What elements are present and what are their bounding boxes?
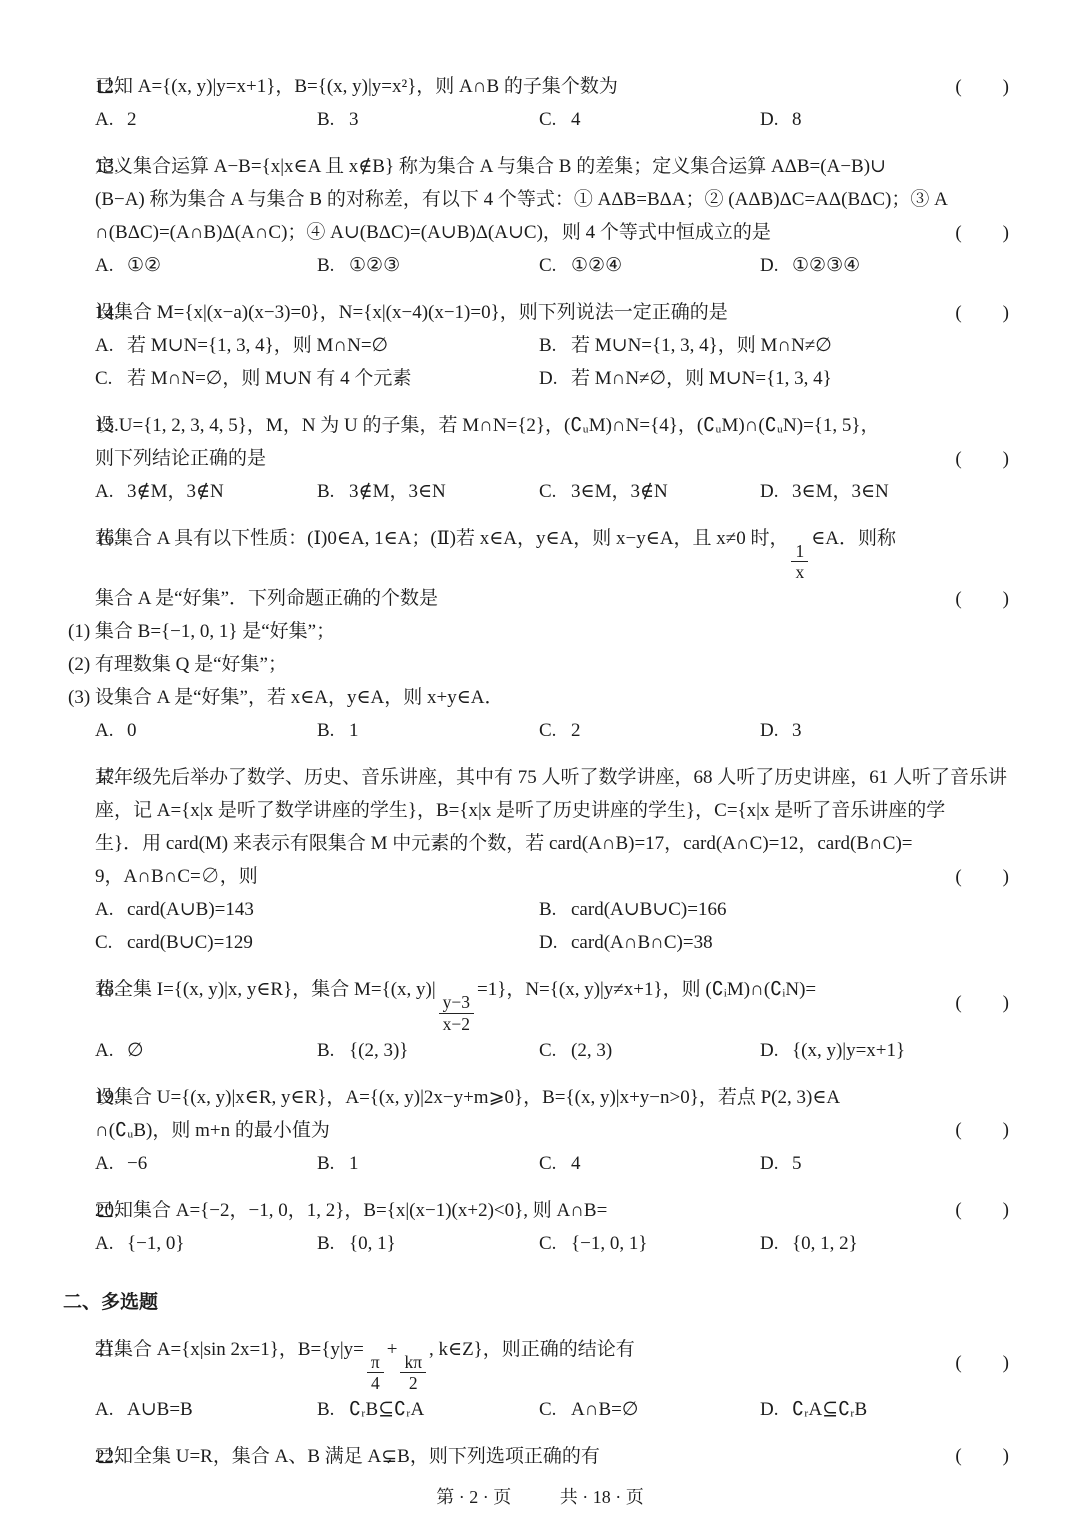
stem-line: 集合 A 是“好集”．下列命题正确的个数是( ) bbox=[95, 582, 1010, 615]
option-label: C. bbox=[539, 1227, 571, 1260]
options-group: A.3∉M，3∉NB.3∉M，3∈NC.3∈M，3∉ND.3∈M，3∈N bbox=[95, 475, 1010, 508]
option-item: D.∁ᵣA⊆∁ᵣB bbox=[760, 1393, 1010, 1426]
option-item: A.{−1, 0} bbox=[95, 1227, 317, 1260]
stem-text: 若集合 A 具有以下性质：(Ⅰ)0∈A, 1∈A；(Ⅱ)若 x∈A，y∈A，则 … bbox=[95, 528, 788, 549]
option-text: 5 bbox=[792, 1153, 802, 1174]
stem-text: (3) 设集合 A 是“好集”，若 x∈A，y∈A，则 x+y∈A． bbox=[68, 687, 504, 708]
option-item: A.−6 bbox=[95, 1147, 317, 1180]
option-item: C.4 bbox=[539, 1147, 760, 1180]
option-item: B.1 bbox=[317, 1147, 539, 1180]
option-text: (2, 3) bbox=[571, 1040, 612, 1061]
option-item: A.card(A∪B)=143 bbox=[95, 893, 539, 926]
answer-blank: ( ) bbox=[955, 1194, 1010, 1227]
question-19: 19.设集合 U={(x, y)|x∈R, y∈R}，A={(x, y)|2x−… bbox=[63, 1081, 1010, 1180]
question-12: 12.已知 A={(x, y)|y=x+1}，B={(x, y)|y=x²}，则… bbox=[63, 70, 1010, 136]
page-total: 共 · 18 · 页 bbox=[560, 1487, 644, 1507]
option-label: D. bbox=[760, 249, 792, 282]
option-text: {0, 1, 2} bbox=[792, 1233, 858, 1254]
options-group: A.①②B.①②③C.①②④D.①②③④ bbox=[95, 249, 1010, 282]
option-label: C. bbox=[539, 475, 571, 508]
option-text: −6 bbox=[127, 1153, 147, 1174]
option-text: ①②③ bbox=[349, 255, 400, 276]
question-20: 20.已知集合 A={−2，−1, 0，1, 2}，B={x|(x−1)(x+2… bbox=[63, 1194, 1010, 1260]
answer-blank: ( ) bbox=[955, 1440, 1010, 1473]
fraction-numerator: π bbox=[367, 1352, 384, 1373]
option-text: A∩B=∅ bbox=[571, 1399, 638, 1420]
stem-text: 已知全集 U=R，集合 A、B 满足 A⊊B，则下列选项正确的有 bbox=[95, 1446, 600, 1467]
option-label: B. bbox=[317, 249, 349, 282]
question-15: 15.设 U={1, 2, 3, 4, 5}，M，N 为 U 的子集，若 M∩N… bbox=[63, 409, 1010, 508]
option-text: 3∉M，3∉N bbox=[127, 481, 224, 502]
question-number: 18. bbox=[95, 973, 127, 1006]
fraction: π4 bbox=[367, 1352, 384, 1393]
option-text: {0, 1} bbox=[349, 1233, 396, 1254]
stem-line: (B−A) 称为集合 A 与集合 B 的对称差，有以下 4 个等式：① AΔB=… bbox=[95, 183, 1010, 216]
stem-line: 21.若集合 A={x|sin 2x=1}，B={y|y=π4+kπ2, k∈Z… bbox=[95, 1333, 1010, 1393]
option-text: {−1, 0} bbox=[127, 1233, 184, 1254]
option-item: D.{(x, y)|y=x+1} bbox=[760, 1034, 1010, 1067]
option-text: {(x, y)|y=x+1} bbox=[792, 1040, 905, 1061]
stem-text: ∩(BΔC)=(A∩B)Δ(A∩C)；④ A∪(BΔC)=(A∪B)Δ(A∪C)… bbox=[95, 222, 771, 243]
option-label: A. bbox=[95, 249, 127, 282]
option-item: B.3 bbox=[317, 103, 539, 136]
option-text: card(A∪B)=143 bbox=[127, 899, 254, 920]
options-group: A.2B.3C.4D.8 bbox=[95, 103, 1010, 136]
option-item: C.(2, 3) bbox=[539, 1034, 760, 1067]
option-item: B.{0, 1} bbox=[317, 1227, 539, 1260]
stem-text: 某年级先后举办了数学、历史、音乐讲座，其中有 75 人听了数学讲座，68 人听了… bbox=[95, 767, 1007, 788]
option-label: A. bbox=[95, 1034, 127, 1067]
stem-text: (2) 有理数集 Q 是“好集”； bbox=[68, 654, 287, 675]
option-item: D.3∈M，3∈N bbox=[760, 475, 1010, 508]
option-text: 3 bbox=[792, 720, 802, 741]
option-text: ①② bbox=[127, 255, 161, 276]
option-item: C.card(B∪C)=129 bbox=[95, 926, 539, 959]
option-text: 若 M∩N≠∅，则 M∪N={1, 3, 4} bbox=[571, 368, 832, 389]
option-text: 若 M∩N=∅，则 M∪N 有 4 个元素 bbox=[127, 368, 411, 389]
stem-text: =1}，N={(x, y)|y≠x+1}，则 (∁ᵢM)∩(∁ᵢN)= bbox=[477, 979, 816, 1000]
option-text: 若 M∪N={1, 3, 4}，则 M∩N=∅ bbox=[127, 335, 388, 356]
stem-text: (B−A) 称为集合 A 与集合 B 的对称差，有以下 4 个等式：① AΔB=… bbox=[95, 189, 948, 210]
option-item: D.5 bbox=[760, 1147, 1010, 1180]
page-number: 第 · 2 · 页 bbox=[436, 1487, 511, 1507]
option-label: B. bbox=[539, 893, 571, 926]
options-group: A.∅B.{(2, 3)}C.(2, 3)D.{(x, y)|y=x+1} bbox=[95, 1034, 1010, 1067]
option-item: C.{−1, 0, 1} bbox=[539, 1227, 760, 1260]
option-text: ∁ᵣA⊆∁ᵣB bbox=[792, 1399, 867, 1420]
page-footer: 第 · 2 · 页 共 · 18 · 页 bbox=[0, 1483, 1080, 1509]
options-group: A.若 M∪N={1, 3, 4}，则 M∩N=∅B.若 M∪N={1, 3, … bbox=[95, 329, 1010, 395]
stem-line: 9，A∩B∩C=∅，则( ) bbox=[95, 860, 1010, 893]
option-item: C.若 M∩N=∅，则 M∪N 有 4 个元素 bbox=[95, 362, 539, 395]
stem-line: 19.设集合 U={(x, y)|x∈R, y∈R}，A={(x, y)|2x−… bbox=[95, 1081, 1010, 1114]
option-text: 若 M∪N={1, 3, 4}，则 M∩N≠∅ bbox=[571, 335, 832, 356]
stem-text: , k∈Z}，则正确的结论有 bbox=[429, 1339, 635, 1360]
stem-line: 12.已知 A={(x, y)|y=x+1}，B={(x, y)|y=x²}，则… bbox=[95, 70, 1010, 103]
fraction: y−3x−2 bbox=[439, 992, 474, 1033]
option-item: B.∁ᵣB⊆∁ᵣA bbox=[317, 1393, 539, 1426]
option-text: 3∉M，3∈N bbox=[349, 481, 446, 502]
stem-text: 生}．用 card(M) 来表示有限集合 M 中元素的个数，若 card(A∩B… bbox=[95, 833, 913, 854]
options-group: A.{−1, 0}B.{0, 1}C.{−1, 0, 1}D.{0, 1, 2} bbox=[95, 1227, 1010, 1260]
question-14: 14.设集合 M={x|(x−a)(x−3)=0}，N={x|(x−4)(x−1… bbox=[63, 296, 1010, 395]
option-label: D. bbox=[760, 1147, 792, 1180]
stem-text: 设集合 M={x|(x−a)(x−3)=0}，N={x|(x−4)(x−1)=0… bbox=[95, 302, 728, 323]
fraction-denominator: 4 bbox=[369, 1373, 382, 1393]
stem-line: 15.设 U={1, 2, 3, 4, 5}，M，N 为 U 的子集，若 M∩N… bbox=[95, 409, 1010, 442]
option-item: D.8 bbox=[760, 103, 1010, 136]
option-label: D. bbox=[760, 475, 792, 508]
stem-line: 座，记 A={x|x 是听了数学讲座的学生}，B={x|x 是听了历史讲座的学生… bbox=[95, 794, 1010, 827]
question-13: 13.定义集合运算 A−B={x|x∈A 且 x∉B} 称为集合 A 与集合 B… bbox=[63, 150, 1010, 282]
option-text: 8 bbox=[792, 109, 802, 130]
option-label: D. bbox=[760, 714, 792, 747]
question-number: 14. bbox=[95, 296, 127, 329]
option-item: D.①②③④ bbox=[760, 249, 1010, 282]
option-label: B. bbox=[539, 329, 571, 362]
stem-line: ∩(∁ᵤB)，则 m+n 的最小值为( ) bbox=[95, 1114, 1010, 1147]
fraction-numerator: 1 bbox=[791, 541, 808, 562]
answer-blank: ( ) bbox=[955, 296, 1010, 329]
answer-blank: ( ) bbox=[955, 987, 1010, 1020]
option-item: A.3∉M，3∉N bbox=[95, 475, 317, 508]
option-label: B. bbox=[317, 1034, 349, 1067]
option-item: A.若 M∪N={1, 3, 4}，则 M∩N=∅ bbox=[95, 329, 539, 362]
option-text: 3 bbox=[349, 109, 359, 130]
option-text: 3∈M，3∈N bbox=[792, 481, 889, 502]
option-item: A.2 bbox=[95, 103, 317, 136]
question-number: 22. bbox=[95, 1440, 127, 1473]
option-text: {(2, 3)} bbox=[349, 1040, 408, 1061]
question-21: 21.若集合 A={x|sin 2x=1}，B={y|y=π4+kπ2, k∈Z… bbox=[63, 1333, 1010, 1426]
answer-blank: ( ) bbox=[955, 70, 1010, 103]
stem-text: (1) 集合 B={−1, 0, 1} 是“好集”； bbox=[68, 621, 335, 642]
option-label: C. bbox=[539, 103, 571, 136]
option-text: A∪B=B bbox=[127, 1399, 193, 1420]
stem-text: 则下列结论正确的是 bbox=[95, 448, 266, 469]
option-label: A. bbox=[95, 103, 127, 136]
option-text: card(B∪C)=129 bbox=[127, 932, 253, 953]
stem-line: (3) 设集合 A 是“好集”，若 x∈A，y∈A，则 x+y∈A． bbox=[68, 681, 1010, 714]
option-label: D. bbox=[760, 1393, 792, 1426]
option-item: C.A∩B=∅ bbox=[539, 1393, 760, 1426]
option-text: ①②③④ bbox=[792, 255, 860, 276]
question-18: 18.若全集 I={(x, y)|x, y∈R}，集合 M={(x, y)|y−… bbox=[63, 973, 1010, 1066]
fraction: kπ2 bbox=[400, 1352, 426, 1393]
option-text: card(A∪B∪C)=166 bbox=[571, 899, 726, 920]
option-item: B.若 M∪N={1, 3, 4}，则 M∩N≠∅ bbox=[539, 329, 1010, 362]
fraction-denominator: x−2 bbox=[441, 1014, 472, 1034]
option-label: C. bbox=[539, 1393, 571, 1426]
option-label: B. bbox=[317, 714, 349, 747]
question-number: 16. bbox=[95, 522, 127, 555]
option-text: 1 bbox=[349, 1153, 359, 1174]
question-number: 17. bbox=[95, 761, 127, 794]
option-label: C. bbox=[95, 926, 127, 959]
option-text: ①②④ bbox=[571, 255, 622, 276]
stem-text: ∈A．则称 bbox=[811, 528, 896, 549]
option-label: D. bbox=[760, 103, 792, 136]
section-title: 二、多选题 bbox=[63, 1286, 1010, 1319]
option-label: B. bbox=[317, 1227, 349, 1260]
option-label: A. bbox=[95, 1227, 127, 1260]
stem-line: 18.若全集 I={(x, y)|x, y∈R}，集合 M={(x, y)|y−… bbox=[95, 973, 1010, 1033]
option-item: B.{(2, 3)} bbox=[317, 1034, 539, 1067]
fraction-numerator: kπ bbox=[400, 1352, 426, 1373]
stem-text: ∩(∁ᵤB)，则 m+n 的最小值为 bbox=[95, 1120, 330, 1141]
option-label: A. bbox=[95, 1147, 127, 1180]
stem-text: 若集合 A={x|sin 2x=1}，B={y|y= bbox=[95, 1339, 364, 1360]
answer-blank: ( ) bbox=[955, 216, 1010, 249]
stem-line: 22.已知全集 U=R，集合 A、B 满足 A⊊B，则下列选项正确的有( ) bbox=[95, 1440, 1010, 1473]
fraction: 1x bbox=[791, 541, 808, 582]
stem-text: 已知集合 A={−2，−1, 0，1, 2}，B={x|(x−1)(x+2)<0… bbox=[95, 1200, 607, 1221]
option-label: A. bbox=[95, 714, 127, 747]
option-item: D.card(A∩B∩C)=38 bbox=[539, 926, 1010, 959]
option-label: D. bbox=[760, 1227, 792, 1260]
option-item: C.①②④ bbox=[539, 249, 760, 282]
option-label: B. bbox=[317, 1147, 349, 1180]
stem-text: 9，A∩B∩C=∅，则 bbox=[95, 866, 258, 887]
answer-blank: ( ) bbox=[955, 1114, 1010, 1147]
stem-line: 则下列结论正确的是( ) bbox=[95, 442, 1010, 475]
question-17: 17.某年级先后举办了数学、历史、音乐讲座，其中有 75 人听了数学讲座，68 … bbox=[63, 761, 1010, 959]
option-text: 1 bbox=[349, 720, 359, 741]
stem-line: 14.设集合 M={x|(x−a)(x−3)=0}，N={x|(x−4)(x−1… bbox=[95, 296, 1010, 329]
options-group: A.0B.1C.2D.3 bbox=[95, 714, 1010, 747]
option-text: 2 bbox=[127, 109, 137, 130]
document-page: 12.已知 A={(x, y)|y=x+1}，B={(x, y)|y=x²}，则… bbox=[63, 70, 1010, 1473]
option-label: C. bbox=[539, 249, 571, 282]
option-text: ∅ bbox=[127, 1040, 144, 1061]
answer-blank: ( ) bbox=[955, 582, 1010, 615]
option-text: ∁ᵣB⊆∁ᵣA bbox=[349, 1399, 424, 1420]
option-item: A.①② bbox=[95, 249, 317, 282]
option-label: C. bbox=[539, 714, 571, 747]
fraction-denominator: x bbox=[793, 562, 806, 582]
option-label: A. bbox=[95, 329, 127, 362]
stem-text: + bbox=[387, 1339, 398, 1360]
option-label: B. bbox=[317, 475, 349, 508]
option-text: card(A∩B∩C)=38 bbox=[571, 932, 713, 953]
option-item: C.4 bbox=[539, 103, 760, 136]
option-item: D.{0, 1, 2} bbox=[760, 1227, 1010, 1260]
option-label: C. bbox=[539, 1034, 571, 1067]
stem-text: 设 U={1, 2, 3, 4, 5}，M，N 为 U 的子集，若 M∩N={2… bbox=[95, 415, 880, 436]
option-text: 0 bbox=[127, 720, 137, 741]
answer-blank: ( ) bbox=[955, 442, 1010, 475]
stem-text: 已知 A={(x, y)|y=x+1}，B={(x, y)|y=x²}，则 A∩… bbox=[95, 76, 618, 97]
stem-line: 16.若集合 A 具有以下性质：(Ⅰ)0∈A, 1∈A；(Ⅱ)若 x∈A，y∈A… bbox=[95, 522, 1010, 582]
option-label: D. bbox=[760, 1034, 792, 1067]
question-number: 20. bbox=[95, 1194, 127, 1227]
option-item: A.∅ bbox=[95, 1034, 317, 1067]
stem-line: (1) 集合 B={−1, 0, 1} 是“好集”； bbox=[68, 615, 1010, 648]
option-text: 2 bbox=[571, 720, 581, 741]
option-label: A. bbox=[95, 475, 127, 508]
option-text: 4 bbox=[571, 1153, 581, 1174]
question-number: 15. bbox=[95, 409, 127, 442]
options-group: A.A∪B=BB.∁ᵣB⊆∁ᵣAC.A∩B=∅D.∁ᵣA⊆∁ᵣB bbox=[95, 1393, 1010, 1426]
option-item: A.0 bbox=[95, 714, 317, 747]
option-label: B. bbox=[317, 103, 349, 136]
option-item: D.若 M∩N≠∅，则 M∪N={1, 3, 4} bbox=[539, 362, 1010, 395]
question-number: 19. bbox=[95, 1081, 127, 1114]
option-text: {−1, 0, 1} bbox=[571, 1233, 647, 1254]
stem-line: ∩(BΔC)=(A∩B)Δ(A∩C)；④ A∪(BΔC)=(A∪B)Δ(A∪C)… bbox=[95, 216, 1010, 249]
stem-text: 定义集合运算 A−B={x|x∈A 且 x∉B} 称为集合 A 与集合 B 的差… bbox=[95, 156, 886, 177]
question-number: 12. bbox=[95, 70, 127, 103]
option-text: 3∈M，3∉N bbox=[571, 481, 668, 502]
fraction-numerator: y−3 bbox=[439, 992, 474, 1013]
question-16: 16.若集合 A 具有以下性质：(Ⅰ)0∈A, 1∈A；(Ⅱ)若 x∈A，y∈A… bbox=[63, 522, 1010, 747]
option-label: A. bbox=[95, 1393, 127, 1426]
stem-text: 座，记 A={x|x 是听了数学讲座的学生}，B={x|x 是听了历史讲座的学生… bbox=[95, 800, 945, 821]
stem-line: (2) 有理数集 Q 是“好集”； bbox=[68, 648, 1010, 681]
option-label: C. bbox=[95, 362, 127, 395]
stem-line: 20.已知集合 A={−2，−1, 0，1, 2}，B={x|(x−1)(x+2… bbox=[95, 1194, 1010, 1227]
option-label: C. bbox=[539, 1147, 571, 1180]
option-item: D.3 bbox=[760, 714, 1010, 747]
option-item: B.3∉M，3∈N bbox=[317, 475, 539, 508]
option-label: B. bbox=[317, 1393, 349, 1426]
stem-text: 设集合 U={(x, y)|x∈R, y∈R}，A={(x, y)|2x−y+m… bbox=[95, 1087, 840, 1108]
stem-text: 若全集 I={(x, y)|x, y∈R}，集合 M={(x, y)| bbox=[95, 979, 436, 1000]
option-item: A.A∪B=B bbox=[95, 1393, 317, 1426]
question-number: 13. bbox=[95, 150, 127, 183]
question-number: 21. bbox=[95, 1333, 127, 1366]
answer-blank: ( ) bbox=[955, 1346, 1010, 1379]
option-item: C.3∈M，3∉N bbox=[539, 475, 760, 508]
option-item: B.①②③ bbox=[317, 249, 539, 282]
option-label: D. bbox=[539, 926, 571, 959]
option-item: B.1 bbox=[317, 714, 539, 747]
question-22: 22.已知全集 U=R，集合 A、B 满足 A⊊B，则下列选项正确的有( ) bbox=[63, 1440, 1010, 1473]
option-item: C.2 bbox=[539, 714, 760, 747]
options-group: A.−6B.1C.4D.5 bbox=[95, 1147, 1010, 1180]
fraction-denominator: 2 bbox=[407, 1373, 420, 1393]
stem-line: 生}．用 card(M) 来表示有限集合 M 中元素的个数，若 card(A∩B… bbox=[95, 827, 1010, 860]
answer-blank: ( ) bbox=[955, 860, 1010, 893]
stem-line: 17.某年级先后举办了数学、历史、音乐讲座，其中有 75 人听了数学讲座，68 … bbox=[95, 761, 1010, 794]
stem-text: 集合 A 是“好集”．下列命题正确的个数是 bbox=[95, 588, 438, 609]
option-item: B.card(A∪B∪C)=166 bbox=[539, 893, 1010, 926]
option-text: 4 bbox=[571, 109, 581, 130]
option-label: A. bbox=[95, 893, 127, 926]
options-group: A.card(A∪B)=143B.card(A∪B∪C)=166C.card(B… bbox=[95, 893, 1010, 959]
stem-line: 13.定义集合运算 A−B={x|x∈A 且 x∉B} 称为集合 A 与集合 B… bbox=[95, 150, 1010, 183]
option-label: D. bbox=[539, 362, 571, 395]
